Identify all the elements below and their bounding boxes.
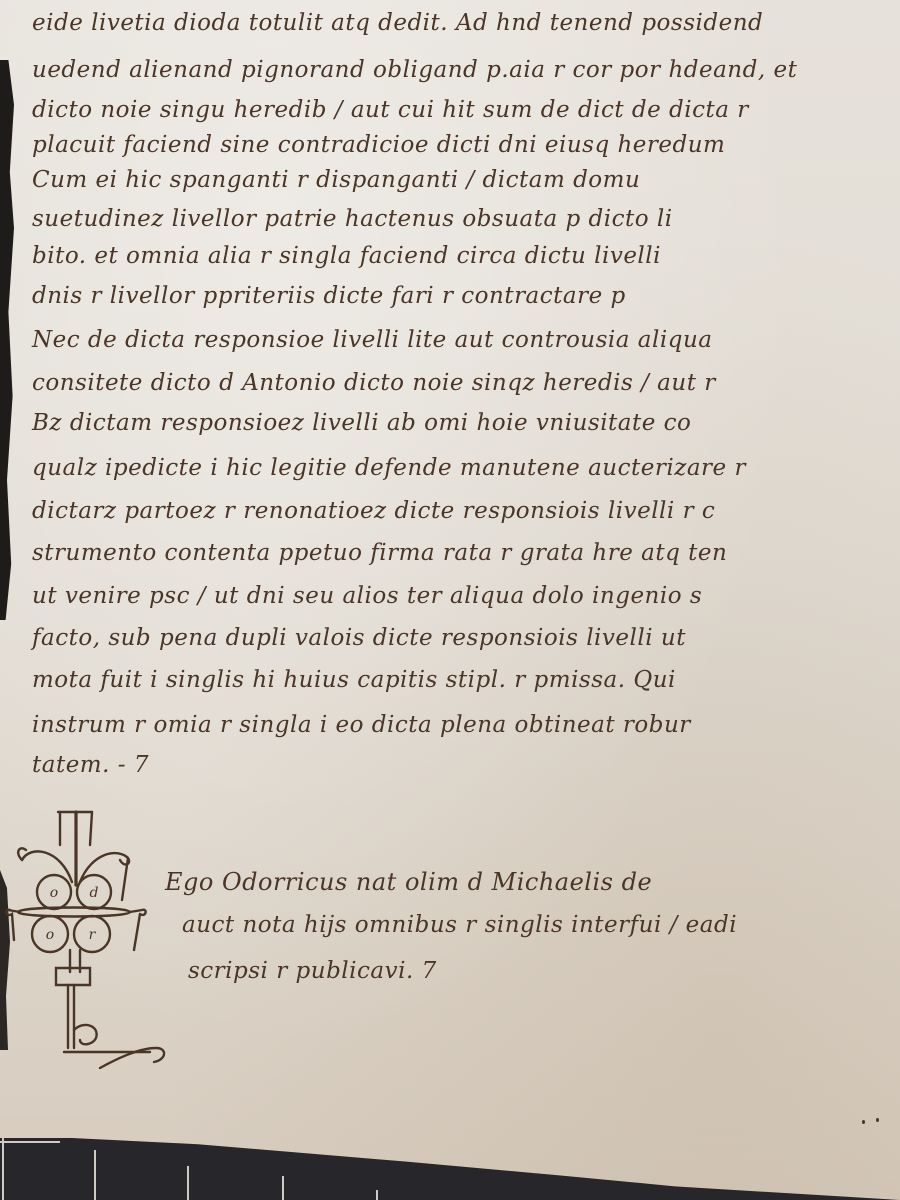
ink-speck — [862, 1120, 865, 1124]
subscription-line: Ego Odorricus nat olim d Michaelis de — [165, 868, 652, 896]
manuscript-line: bito. et omnia alia r singla faciend cir… — [32, 243, 661, 269]
manuscript-line: suetudinez livellor patrie hactenus obsu… — [32, 206, 673, 232]
mat-grid-line — [94, 1150, 96, 1200]
ink-speck — [876, 1118, 879, 1122]
mat-grid-line — [376, 1190, 378, 1200]
manuscript-line: facto, sub pena dupli valois dicte respo… — [32, 625, 686, 651]
manuscript-line: placuit faciend sine contradicioe dicti … — [32, 132, 725, 158]
mat-grid-line — [282, 1176, 284, 1200]
manuscript-line: mota fuit i singlis hi huius capitis sti… — [32, 667, 676, 693]
subscription-line: auct nota hijs omnibus r singlis interfu… — [182, 912, 737, 938]
manuscript-line: uedend alienand pignorand obligand p.aia… — [32, 57, 797, 83]
manuscript-line: Nec de dicta responsioe livelli lite aut… — [32, 327, 712, 353]
manuscript-line: instrum r omia r singla i eo dicta plena… — [32, 712, 691, 738]
mat-grid-line — [187, 1166, 189, 1200]
mat-grid-line — [0, 1141, 60, 1143]
manuscript-line: consitete dicto d Antonio dicto noie sin… — [32, 370, 716, 396]
manuscript-line: qualz ipedicte i hic legitie defende man… — [32, 455, 746, 481]
manuscript-line: Cum ei hic spanganti r dispanganti / dic… — [32, 167, 640, 193]
manuscript-line: eide livetia dioda totulit atq dedit. Ad… — [32, 10, 763, 36]
manuscript-line: ut venire psc / ut dni seu alios ter ali… — [32, 583, 702, 609]
manuscript-line: dictarz partoez r renonatioez dicte resp… — [32, 498, 715, 524]
manuscript-line: tatem. - 7 — [32, 752, 149, 778]
signum-letter: o — [50, 885, 58, 901]
subscription-line: scripsi r publicavi. 7 — [188, 958, 437, 984]
signum-letter: o — [46, 927, 54, 943]
manuscript-line: dicto noie singu heredib / aut cui hit s… — [32, 97, 749, 123]
manuscript-line: Bz dictam responsioez livelli ab omi hoi… — [32, 410, 691, 436]
manuscript-line: dnis r livellor ppriteriis dicte fari r … — [32, 283, 626, 309]
signum-letter: r — [89, 927, 97, 943]
manuscript-line: strumento contenta ppetuo firma rata r g… — [32, 540, 727, 566]
mat-grid-line — [2, 1138, 4, 1200]
notary-signum-icon: o d o r — [0, 790, 200, 1090]
signum-letter: d — [90, 885, 99, 901]
